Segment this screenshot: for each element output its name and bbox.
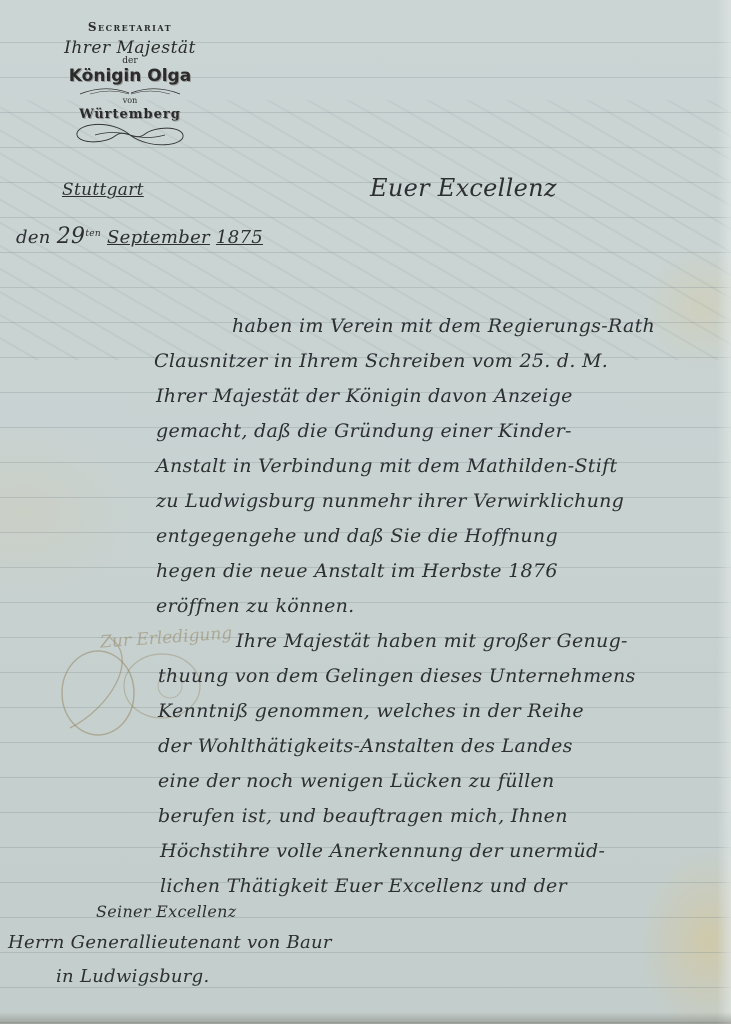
- body-line-7: entgegengehe und daß Sie die Hoffnung: [156, 525, 558, 547]
- date-year: 1875: [216, 227, 263, 248]
- body-line-10: Ihre Majestät haben mit großer Genug-: [236, 630, 628, 652]
- closing-catchword: Seiner Excellenz: [96, 902, 236, 921]
- body-line-3: Ihrer Majestät der Königin davon Anzeige: [156, 385, 573, 407]
- body-line-5: Anstalt in Verbindung mit dem Mathilden-…: [156, 455, 617, 477]
- body-line-6: zu Ludwigsburg nunmehr ihrer Verwirklich…: [156, 490, 624, 512]
- body-line-2: Clausnitzer in Ihrem Schreiben vom 25. d…: [154, 350, 608, 372]
- date-month: September: [107, 227, 210, 248]
- letter-page: Secretariat Ihrer Majestät der Königin O…: [0, 0, 731, 1024]
- letterhead-office: Secretariat: [40, 20, 220, 34]
- date-line: den 29ten September 1875: [16, 224, 263, 249]
- paper-right-edge: [717, 0, 731, 1024]
- letterhead-majestat: Ihrer Majestät: [40, 38, 220, 58]
- letterhead-sovereign: Königin Olga: [40, 66, 220, 86]
- addressee-location: in Ludwigsburg.: [56, 966, 210, 987]
- letterhead: Secretariat Ihrer Majestät der Königin O…: [40, 14, 220, 148]
- body-line-9: eröffnen zu können.: [156, 595, 355, 617]
- body-line-13: der Wohlthätigkeits-Anstalten des Landes: [158, 735, 573, 757]
- body-line-8: hegen die neue Anstalt im Herbste 1876: [156, 560, 558, 582]
- paper-bottom-edge: [0, 1012, 731, 1024]
- body-line-15: berufen ist, und beauftragen mich, Ihnen: [158, 805, 568, 827]
- date-prefix: den: [16, 227, 51, 248]
- body-line-12: Kenntniß genommen, welches in der Reihe: [158, 700, 584, 722]
- flourish-bottom-icon: [65, 122, 195, 148]
- salutation: Euer Excellenz: [370, 174, 557, 202]
- body-line-4: gemacht, daß die Gründung einer Kinder-: [156, 420, 572, 442]
- body-line-16: Höchstihre volle Anerkennung der unermüd…: [160, 840, 605, 862]
- letterhead-country: Würtemberg: [40, 107, 220, 122]
- place-line: Stuttgart: [62, 180, 144, 200]
- flourish-top-icon: [75, 86, 185, 96]
- addressee-name: Herrn Generallieutenant von Baur: [8, 932, 332, 953]
- date-day: 29: [57, 224, 86, 249]
- letterhead-von: von: [40, 96, 220, 105]
- body-line-11: thuung von dem Gelingen dieses Unternehm…: [158, 665, 636, 687]
- body-line-1: haben im Verein mit dem Regierungs-Rath: [232, 315, 655, 337]
- date-day-suffix: ten: [85, 229, 101, 239]
- body-line-17: lichen Thätigkeit Euer Excellenz und der: [160, 875, 567, 897]
- body-line-14: eine der noch wenigen Lücken zu füllen: [158, 770, 555, 792]
